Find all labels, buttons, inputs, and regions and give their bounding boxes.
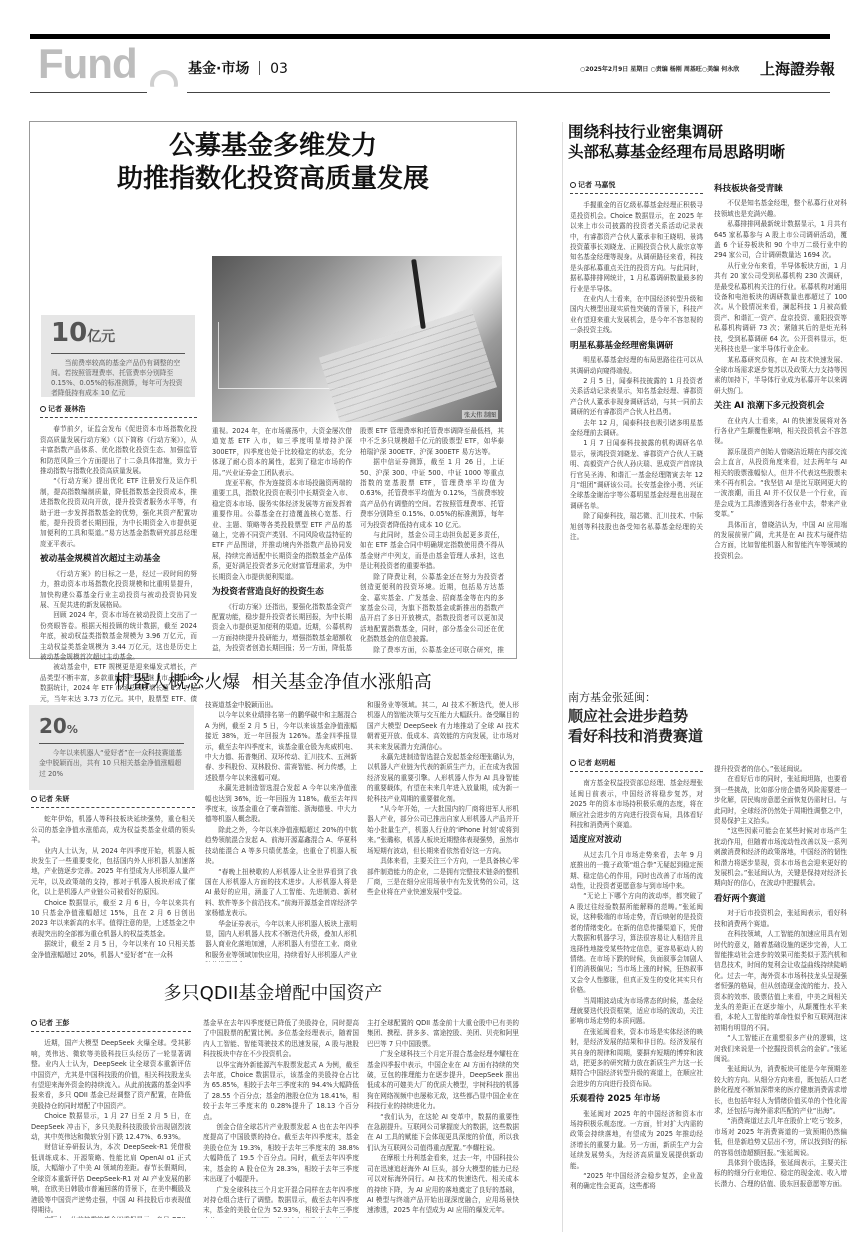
paragraph: “我们认为，在这轮 AI 变革中，数据的重要性在急剧提升。互联网公司掌握庞大的数… <box>367 1112 519 1154</box>
paragraph: 在科技领域，人工智能的加速应用具有划时代的意义，随着基础设施的逐步完善，人工智能… <box>714 929 847 1033</box>
paragraph: “《行动方案》提出优化 ETF 注册发行及运作机制，提高指数编制质量，降低指数基… <box>40 476 197 549</box>
stat-figure: 20% <box>39 715 184 744</box>
paragraph: 广发全球科技三个月定开混合基金经理李耀柱在基金四季报中表示，中国企业在 AI 方… <box>367 1049 519 1111</box>
paragraph: 华金证券表示，今年以来人形机器人板块上涨明显，国内人形机器人技术不断迭代升级，叠… <box>205 919 357 962</box>
masthead: Fund 基金·市场 03 ○2025年2月9日 星期日 ○责编 杨刚 周基旺○… <box>30 0 830 100</box>
stat-description: 今年以来机器人“爱好者”在一众科技赛道基金中脱颖而出，共有 10 只相关基金净值… <box>39 748 184 779</box>
photo-pen-graphic <box>411 259 426 329</box>
paragraph: Choice 数据显示，截至 2 月 6 日，今年以来共有 10 只基金净值涨幅… <box>31 898 195 940</box>
byline-marker-icon <box>31 1020 37 1026</box>
stat-unit: 亿元 <box>87 329 115 345</box>
subheading: 看好两个赛道 <box>714 894 847 904</box>
byline-marker-icon <box>31 796 37 802</box>
article5-col1: 记者 王彭 近期，国产大模型 DeepSeek 火爆全球。受其影响，英伟达、微软… <box>31 1018 191 1218</box>
article2-col1: 记者 马嘉悦 手握重金的百亿级私募基金经理正积极寻觅投资机会。Choice 数据… <box>570 180 703 672</box>
paragraph: 源乐晟资产创始人曾晓洁近期在内部交流会上直言，从投资角度来看，过去两年与 AI … <box>714 447 847 520</box>
paragraph: 《行动方案》还指出，要强化指数基金资产配置功能，稳步提升投资者长期回报，为中长期… <box>212 602 352 655</box>
byline-text: 记者 马嘉悦 <box>578 181 615 189</box>
section-logo: Fund <box>38 42 137 86</box>
paragraph: 张延闽认为，消费板块可能是今年预期差较大的方向。从细分方向来看，既包括人口老龄化… <box>714 1064 847 1116</box>
article3-stat-box: 20% 今年以来机器人“爱好者”在一众科技赛道基金中脱颖而出，共有 10 只相关… <box>29 705 194 790</box>
paragraph: 实际上，此前披露的基金四季报显示，多只 QDII <box>31 1215 191 1218</box>
article2-headline-line2: 头部私募基金经理布局思路明晰 <box>568 142 850 162</box>
paragraph: 去年 12 月，闻泰科技也吸引诸多明星基金经理前去调研。 <box>570 418 703 439</box>
byline-marker-icon <box>570 182 576 188</box>
paragraph: 在业内人士看来，在中国经济转型升级和国内大模型出现实质性突破的背景下，科技产业有… <box>570 294 703 336</box>
byline-text: 记者 赵明超 <box>578 759 615 767</box>
article3-col3: 和服务业等领域。其二，AI 技术不断迭代，使人形机器人的智能决策与交互能力大幅跃… <box>367 700 519 962</box>
paragraph: 具体来看，主要关注三个方向，一是具备核心零部件制造能力的企业，二是拥有完整技术链… <box>367 856 519 898</box>
subheading: 适度应对波动 <box>570 835 703 845</box>
stat-figure: 10亿元 <box>51 319 185 354</box>
stat-number: 10 <box>51 318 87 348</box>
article-qdii-funds: 多只QDII基金增配中国资产 记者 王彭 近期，国产大模型 DeepSeek 火… <box>29 982 559 1222</box>
paragraph: 据统计，截至 2 月 5 日，今年以来有 10 只相关基金净值涨幅超过 20%，… <box>31 939 195 960</box>
article2-headline-line1: 围绕科技行业密集调研 <box>568 122 850 142</box>
paragraph: 庞亚平称，作为连接资本市场投融资两端的重要工具，指数化投资在吸引中长期资金入市、… <box>212 478 352 582</box>
subheading: 乐观看待 2025 年市场 <box>570 1094 703 1104</box>
paragraph: 张延闽对 2025 年的中国经济和资本市场持积极乐观态度。一方面，针对扩大内需的… <box>570 1109 703 1171</box>
paragraph: 回顾 2024 年，资本市场在被动投资上交出了一份亮眼答卷。根据天相投顾的统计数… <box>40 610 197 662</box>
paragraph: 《行动方案》的目标之一是，经过一段时间的努力，推动资本市场指数化投资规模和比重明… <box>40 569 197 611</box>
article-robot-funds: 机器人概念火爆 相关基金净值水涨船高 20% 今年以来机器人“爱好者”在一众科技… <box>29 668 559 968</box>
title-divider <box>259 61 260 75</box>
article5-col3: 主打全球配置的 QDII 基金前十大重仓股中已有美的集团、携程、拼多多、富途控股… <box>367 1018 519 1218</box>
paragraph: 财信证券研报认为，本次 DeepSeek-R1 凭借极低训练成本、开源策略、性能… <box>31 1142 191 1215</box>
paragraph: 从行业分布来看，半导体板块方面，1 月共有 20 家公司受到私募机构 230 次… <box>714 261 847 355</box>
paragraph: 永赢先进制造智选混合发起基金经理张璐认为，以机器人产业链为代表的新质生产力，正在… <box>367 752 519 804</box>
paragraph: 以华宝海外新能源汽车股票发起式 A 为例，截至去年底，Choice 数据显示，该… <box>203 1060 359 1122</box>
photo-credit: 张大伟 制图 <box>462 410 498 419</box>
subheading: 关注 AI 浪潮下多元投资机会 <box>714 401 847 411</box>
paragraph: 基金早在去年四季度便已降低了美股持仓，同时提高了中国股票的配置比例。多位基金经理… <box>203 1018 359 1060</box>
byline-text: 记者 朱妍 <box>39 795 69 803</box>
byline-marker-icon <box>40 406 46 412</box>
paragraph: 股票 ETF 管理费率和托管费率调降至最低档，其中不乏多只规模超千亿元的股票型 … <box>360 426 504 457</box>
paragraph: 2 月 5 日，闻泰科技披露的 1 月投资者关系活动记录表显示，知名基金经理、睿… <box>570 376 703 418</box>
article4-col2: 提升投资者的信心。”张延闽说。 在看好后市的同时，张延闽坦陈，也要看到一些挑战，… <box>714 764 847 1230</box>
paragraph: 与此同时，基金公司主动担负起更多责任，如在 ETF 基金合同中明确规定指数使用费… <box>360 530 504 572</box>
paragraph: “无论上下哪个方向的波动率，都突破了 A 股过往经验数据所能解释的范畴。”张延闽… <box>570 891 703 995</box>
article1-photo: 张大伟 制图 <box>212 256 502 422</box>
paragraph: 南方基金权益投资部总经理、基金经理张延闽日前表示，中国经济将稳步复苏，对 202… <box>570 778 703 830</box>
stat-unit: % <box>67 723 78 736</box>
stat-number: 20 <box>39 714 67 738</box>
article3-col2: 技赛道基金中脱颖而出。 以今年以来业绩排名第一的鹏华碳中和主题混合 A 为例，截… <box>205 700 357 962</box>
masthead-bottom-rule-left <box>30 92 147 93</box>
section-title-text: 基金·市场 <box>188 61 249 77</box>
paragraph: 主打全球配置的 QDII 基金前十大重仓股中已有美的集团、携程、拼多多、富途控股… <box>367 1018 519 1049</box>
paragraph: 创金合信全球芯片产业股票发起 A 也在去年四季度提高了中国股票的持仓。截至去年四… <box>203 1122 359 1184</box>
article4-headline: 南方基金张延闽： 顺应社会进步趋势 看好科技和消费赛道 <box>568 690 850 746</box>
article4-headline-line3: 看好科技和消费赛道 <box>568 726 850 746</box>
paragraph: 1 月 7 日闻泰科技披露的机构调研名单显示，景鸿投资刘晓龙、睿郡资产合伙人王晓… <box>570 438 703 511</box>
paragraph: “2025 年中国经济会稳步复苏，企业盈利的确定性会更高，这些都将 <box>570 1171 703 1192</box>
subheading: 为投资者营造良好的投资生态 <box>212 587 352 597</box>
masthead-top-rule <box>30 34 830 39</box>
paragraph: 业内人士认为，从 2024 年四季度开始，机器人板块发生了一些重要变化，包括国内… <box>31 846 195 898</box>
article2-col2: 科技板块备受青睐 不仅是知名基金经理，整个私募行业对科技领域也是充满兴趣。 私募… <box>714 178 847 672</box>
edition-info: ○2025年2月9日 星期日 ○责编 杨刚 周基旺○美编 何永欣 <box>580 64 739 73</box>
paragraph: 手握重金的百亿级私募基金经理正积极寻觅投资机会。Choice 数据显示，在 20… <box>570 200 703 294</box>
stat-description: 当前费率较高的基金产品仍有调整的空间。若按照管理费率、托管费率分别降至0.15%… <box>51 358 185 398</box>
article4-headline-line1: 南方基金张延闽： <box>568 690 850 706</box>
byline-marker-icon <box>570 760 576 766</box>
paragraph: “这些因素可能会在某些时候对市场产生扰动作用，但随着市场流动性改善以及一系列刺激… <box>714 826 847 888</box>
article-index-investing: 公募基金多维发力 助推指数化投资高质量发展 10亿元 当前费率较高的基金产品仍有… <box>29 121 517 659</box>
article4-byline: 记者 赵明超 <box>570 758 703 772</box>
paragraph: 春节前夕，证监会发布《促进资本市场指数化投资高质量发展行动方案》（以下简称《行动… <box>40 424 197 476</box>
paragraph: 永赢先进制造智选混合发起 A 今年以来净值涨幅也达到 36%，近一年回报为 11… <box>205 783 357 825</box>
paragraph: 具体到个股选择，张延闽表示，主要关注标的的细分行业地位、稳定的现金流、收入增长潜… <box>714 1158 847 1189</box>
article1-byline: 记者 聂林浩 <box>40 404 197 418</box>
article5-col2: 基金早在去年四季度便已降低了美股持仓，同时提高了中国股票的配置比例。多位基金经理… <box>203 1018 359 1218</box>
masthead-bottom-rule-right <box>187 92 830 93</box>
subheading: 明星私募基金经理密集调研 <box>570 341 703 351</box>
paragraph: 提升投资者的信心。”张延闽说。 <box>714 764 847 774</box>
paragraph: 具体而言，曾晓洁认为，中国 AI 应用端的发展前景广阔，尤其是在 AI 技术与硬… <box>714 520 847 562</box>
paragraph: 某私募研究员称，在 AI 技术快速发展、全球市场需求逐步复苏以及政策大力支持等因… <box>714 355 847 397</box>
section-title: 基金·市场 03 <box>188 58 288 78</box>
page-number: 03 <box>270 61 288 77</box>
article1-headline-line1: 公募基金多维发力 <box>30 130 516 163</box>
section-logo-circle <box>150 70 178 98</box>
article4-col1: 记者 赵明超 南方基金权益投资部总经理、基金经理张延闽日前表示，中国经济将稳步复… <box>570 758 703 1230</box>
paragraph: 在张延闽看来，资本市场是实体经济的映射，是经济发展的结果和非目的。经济发展有其自… <box>570 1027 703 1089</box>
paragraph: 从过去几个月市场走势来看，去年 9 月底推出的一揽子政策“组合拳”无疑起到稳定预… <box>570 850 703 892</box>
paragraph: 重视。2024 年，在市场震荡中，大资金屡次借道宽基 ETF 入市，如三季度明显… <box>212 426 352 478</box>
article1-headline-line2: 助推指数化投资高质量发展 <box>30 163 516 196</box>
article-private-fund-research: 围绕科技行业密集调研 头部私募基金经理布局思路明晰 记者 马嘉悦 手握重金的百亿… <box>568 122 850 677</box>
article3-byline: 记者 朱妍 <box>31 794 195 808</box>
paragraph: 明星私募基金经理的布局思路往往可以从其调研动向窥得端倪。 <box>570 355 703 376</box>
paragraph: 除了费率方面，公募基金还可联合研究，推动产品更快上市，促进指数产品的丰富，优化指… <box>360 645 504 654</box>
paragraph: 蛇年伊始，机器人等科技板块延续强势，重仓相关公司的基金净值水涨船高，成为权益类基… <box>31 814 195 845</box>
paragraph: 对于后市投资机会，张延闽表示，看好科技和消费两个赛道。 <box>714 908 847 929</box>
article4-headline-line2: 顺应社会进步趋势 <box>568 706 850 726</box>
paragraph: 以今年以来业绩排名第一的鹏华碳中和主题混合 A 为例，截至 2 月 5 日，今年… <box>205 710 357 783</box>
paragraph: 除了闻泰科技，瑞芯微、汇川技术、中际旭创等科技股也备受知名私募基金经理的关注。 <box>570 511 703 542</box>
article2-headline: 围绕科技行业密集调研 头部私募基金经理布局思路明晰 <box>568 122 850 162</box>
article1-stat-box: 10亿元 当前费率较高的基金产品仍有调整的空间。若按照管理费率、托管费率分别降至… <box>41 315 195 397</box>
paragraph: 技赛道基金中脱颖而出。 <box>205 700 357 710</box>
paragraph: 在业内人士看来，AI 的快速发展将对各行各业产生颠覆性影响，相关投资机会不容忽视… <box>714 416 847 447</box>
column-divider <box>562 122 563 1232</box>
paragraph: 广发全球科技三个月定开混合同样在去年四季度对持仓组合进行了调整。数据显示，截至去… <box>203 1185 359 1219</box>
byline-text: 记者 王彭 <box>39 1019 69 1027</box>
subheading: 被动基金规模首次超过主动基金 <box>40 554 197 564</box>
paragraph: 在摩根士丹利基金看来，过去一年，中国科技公司在迅速追赶海外 AI 巨头，部分大模… <box>367 1153 519 1215</box>
paragraph: “从今年开始，一大批国内的厂商将进军人形机器人产业，部分公司已推出自家人形机器人… <box>367 804 519 856</box>
paragraph: 私募排排网最新统计数据显示，1 月共有 645 家私募参与 A 股上市公司调研活… <box>714 219 847 261</box>
article1-headline: 公募基金多维发力 助推指数化投资高质量发展 <box>30 130 516 196</box>
article-southern-fund-interview: 南方基金张延闽： 顺应社会进步趋势 看好科技和消费赛道 记者 赵明超 南方基金权… <box>568 690 850 1250</box>
paragraph: 近期，国产大模型 DeepSeek 火爆全球。受其影响，英伟达、微软等美股科技巨… <box>31 1038 191 1111</box>
subheading: 科技板块备受青睐 <box>714 184 847 194</box>
article5-headline: 多只QDII基金增配中国资产 <box>29 982 517 1006</box>
paragraph: Choice 数据显示，1 月 27 日至 2 月 5 日，在 DeepSeek… <box>31 1111 191 1142</box>
article3-col1: 记者 朱妍 蛇年伊始，机器人等科技板块延续强势，重仓相关公司的基金净值水涨船高，… <box>31 794 195 964</box>
paragraph: 除此之外，今年以来净值涨幅超过 20%的中航趋势领航混合发起 A、前海开源嘉鑫混… <box>205 825 357 867</box>
paragraph: 据中信证券测算，截至 1 月 26 日，上证 50、沪深 300、中证 500、… <box>360 457 504 530</box>
article5-byline: 记者 王彭 <box>31 1018 191 1032</box>
paragraph: 不仅是知名基金经理，整个私募行业对科技领域也是充满兴趣。 <box>714 198 847 219</box>
article3-headline: 机器人概念火爆 相关基金净值水涨船高 <box>29 671 517 695</box>
byline-text: 记者 聂林浩 <box>48 405 85 413</box>
paragraph: 除了降费让利，公募基金还在努力为投资者创造更便利的投资环境。近期，包括易方达基金… <box>360 572 504 645</box>
paragraph: “春晚上扭秧歌的人形机器人让全世界看到了我国在人形机器人方面的技术进步。人形机器… <box>205 867 357 919</box>
paragraph: “人工智能正在重塑很多产业的逻辑，这对我们来说是一个挖掘投资机会的金矿。”张延闽… <box>714 1033 847 1064</box>
article1-col3: 股票 ETF 管理费率和托管费率调降至最低档，其中不乏多只规模超千亿元的股票型 … <box>360 426 504 654</box>
paragraph: 和服务业等领域。其二，AI 技术不断迭代，使人形机器人的智能决策与交互能力大幅跃… <box>367 700 519 752</box>
paragraph: “消费赛道过去几年在股价上‘吃亏’较多，市场对 2025 年消费赛道的一致预期仍… <box>714 1116 847 1158</box>
article1-col2: 重视。2024 年，在市场震荡中，大资金屡次借道宽基 ETF 入市，如三季度明显… <box>212 426 352 654</box>
paper-name: 上海證券報 <box>760 58 835 79</box>
article2-byline: 记者 马嘉悦 <box>570 180 703 194</box>
paragraph: 当周期波动成为市场常态的时候，基金经理就要迭代投资框架，适应市场的波动，关注影响… <box>570 996 703 1027</box>
paragraph: 在看好后市的同时，张延闽坦陈，也要看到一些挑战，比如部分房企债务风险需要进一步化… <box>714 774 847 826</box>
